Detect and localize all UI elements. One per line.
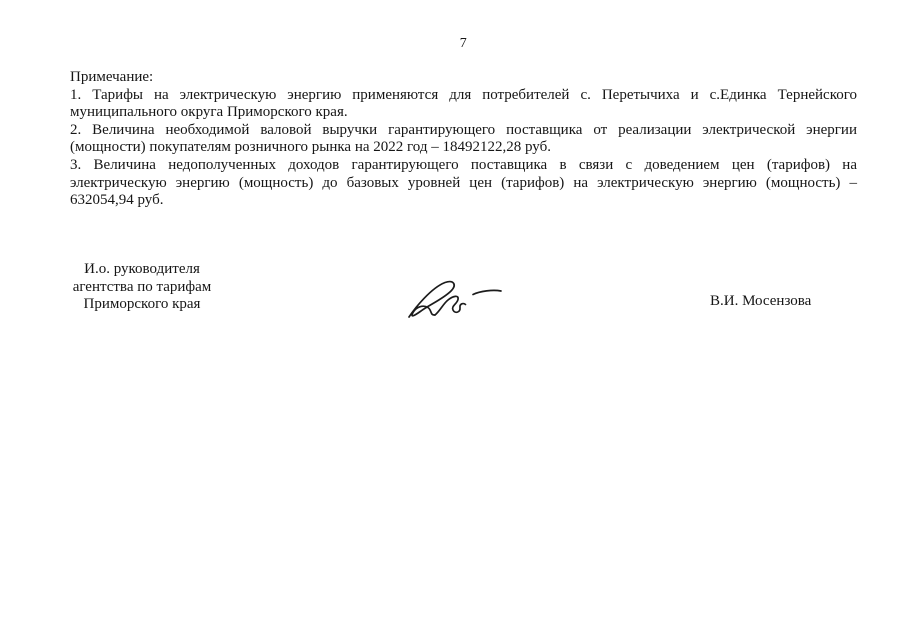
note-item-3-line-3: 632054,94 руб. (70, 192, 857, 210)
signer-title-line-2: агентства по тарифам (64, 279, 220, 297)
note-item-1-line-1: 1. Тарифы на электрическую энергию приме… (70, 87, 857, 105)
signer-title-line-1: И.о. руководителя (64, 261, 220, 279)
signer-title-block: И.о. руководителя агентства по тарифам П… (64, 261, 220, 314)
note-item-1-line-2: муниципального округа Приморского края. (70, 104, 857, 122)
page-number: 7 (70, 36, 857, 52)
note-item-2-line-2: (мощности) покупателям розничного рынка … (70, 139, 857, 157)
note-item-3-line-2: электрическую энергию (мощность) до базо… (70, 175, 857, 193)
notes-section: Примечание: 1. Тарифы на электрическую э… (70, 69, 857, 210)
signer-title-line-3: Приморского края (64, 296, 220, 314)
signer-name: В.И. Мосензова (710, 293, 811, 310)
handwritten-signature-icon (395, 278, 510, 333)
note-item-2-line-1: 2. Величина необходимой валовой выручки … (70, 122, 857, 140)
note-item-3-line-1: 3. Величина недополученных доходов гаран… (70, 157, 857, 175)
document-page: 7 Примечание: 1. Тарифы на электрическую… (0, 0, 905, 640)
notes-heading: Примечание: (70, 69, 857, 87)
